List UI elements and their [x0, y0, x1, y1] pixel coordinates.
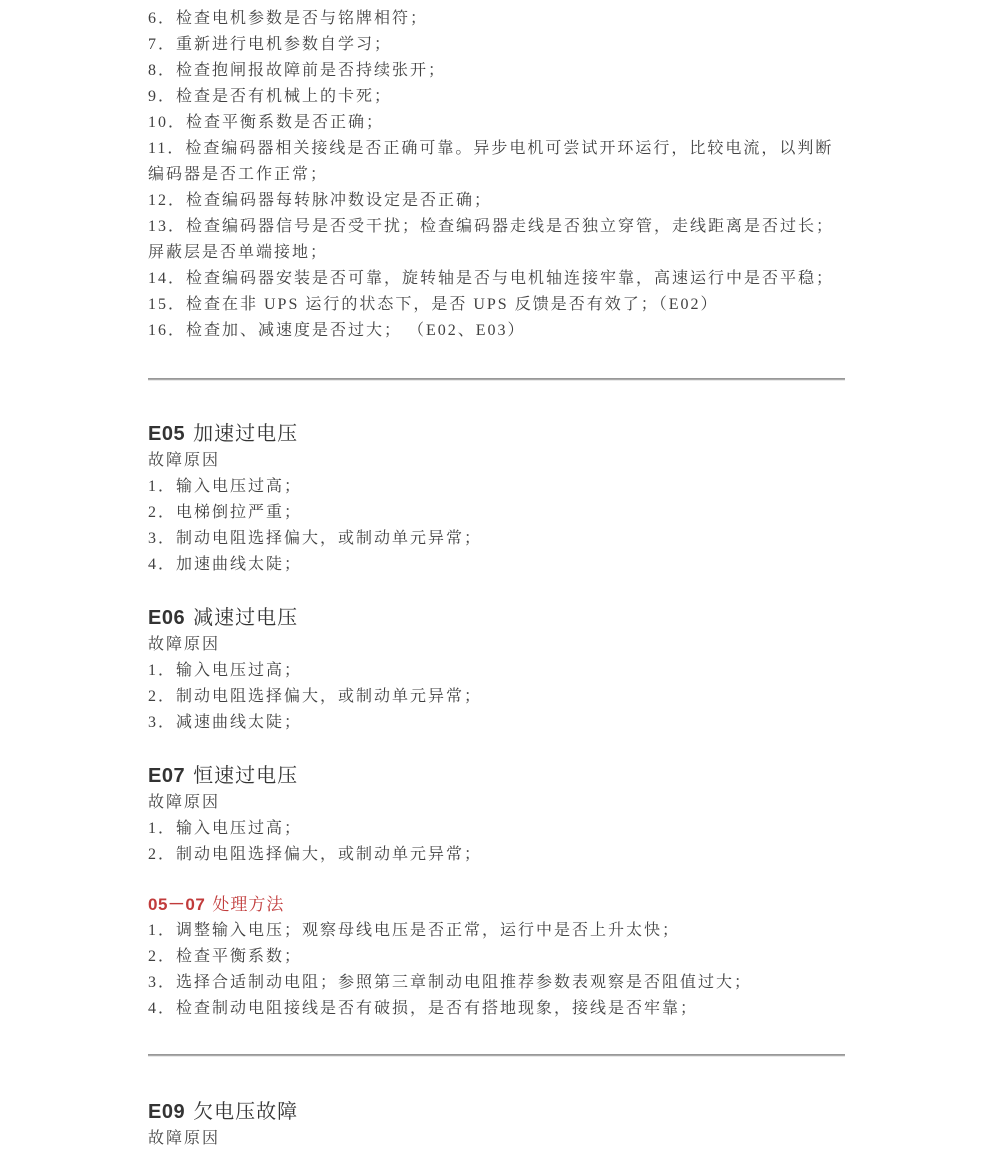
- fault-code: E07: [148, 765, 185, 787]
- list-item: 2．制动电阻选择偏大，或制动单元异常；: [148, 684, 848, 710]
- section-divider: [148, 1054, 845, 1056]
- list-item: 7．重新进行电机参数自学习；: [148, 32, 848, 58]
- list-item: 11．检查编码器相关接线是否正确可靠。异步电机可尝试开环运行，比较电流，以判断编…: [148, 136, 848, 188]
- fault-title: 减速过电压: [193, 607, 298, 629]
- list-item: 2．检查平衡系数；: [148, 944, 848, 970]
- list-item: 3．制动电阻选择偏大，或制动单元异常；: [148, 526, 848, 552]
- document-page: 6．检查电机参数是否与铭牌相符； 7．重新进行电机参数自学习； 8．检查抱闸报故…: [148, 0, 848, 1151]
- list-item: 9．检查是否有机械上的卡死；: [148, 84, 848, 110]
- section-heading-e06: E06减速过电压: [148, 604, 848, 632]
- fault-check-list: 6．检查电机参数是否与铭牌相符； 7．重新进行电机参数自学习； 8．检查抱闸报故…: [148, 6, 848, 344]
- list-item: 2．制动电阻选择偏大，或制动单元异常；: [148, 842, 848, 868]
- list-item: 1．输入电压过高；: [148, 658, 848, 684]
- section-heading-e07: E07恒速过电压: [148, 762, 848, 790]
- fault-code: E09: [148, 1101, 185, 1123]
- fault-title: 欠电压故障: [193, 1101, 298, 1123]
- section-e09: E09欠电压故障 故障原因: [148, 1098, 848, 1151]
- section-e05: E05加速过电压 故障原因 1．输入电压过高； 2．电梯倒拉严重； 3．制动电阻…: [148, 420, 848, 578]
- list-item: 12．检查编码器每转脉冲数设定是否正确；: [148, 188, 848, 214]
- section-e07: E07恒速过电压 故障原因 1．输入电压过高； 2．制动电阻选择偏大，或制动单元…: [148, 762, 848, 868]
- cause-label: 故障原因: [148, 790, 848, 816]
- list-item: 16．检查加、减速度是否过大； （E02、E03）: [148, 318, 848, 344]
- list-item: 3．减速曲线太陡；: [148, 710, 848, 736]
- list-item: 4．加速曲线太陡；: [148, 552, 848, 578]
- cause-label: 故障原因: [148, 1126, 848, 1151]
- section-heading-e09: E09欠电压故障: [148, 1098, 848, 1126]
- section-heading-e05: E05加速过电压: [148, 420, 848, 448]
- list-item: 13．检查编码器信号是否受干扰；检查编码器走线是否独立穿管，走线距离是否过长；屏…: [148, 214, 848, 266]
- list-item: 8．检查抱闸报故障前是否持续张开；: [148, 58, 848, 84]
- section-e06: E06减速过电压 故障原因 1．输入电压过高； 2．制动电阻选择偏大，或制动单元…: [148, 604, 848, 736]
- list-item: 4．检查制动电阻接线是否有破损，是否有搭地现象，接线是否牢靠；: [148, 996, 848, 1022]
- fault-code: E05: [148, 423, 185, 445]
- cause-label: 故障原因: [148, 448, 848, 474]
- list-item: 2．电梯倒拉严重；: [148, 500, 848, 526]
- list-item: 1．输入电压过高；: [148, 474, 848, 500]
- list-item: 1．调整输入电压；观察母线电压是否正常，运行中是否上升太快；: [148, 918, 848, 944]
- remedy-title: 处理方法: [212, 895, 284, 914]
- list-item: 1．输入电压过高；: [148, 816, 848, 842]
- cause-label: 故障原因: [148, 632, 848, 658]
- list-item: 6．检查电机参数是否与铭牌相符；: [148, 6, 848, 32]
- fault-title: 恒速过电压: [193, 765, 298, 787]
- list-item: 15．检查在非 UPS 运行的状态下，是否 UPS 反馈是否有效了；（E02）: [148, 292, 848, 318]
- remedy-heading: 05－07处理方法: [148, 892, 848, 918]
- list-item: 3．选择合适制动电阻；参照第三章制动电阻推荐参数表观察是否阻值过大；: [148, 970, 848, 996]
- section-divider: [148, 378, 845, 380]
- list-item: 14．检查编码器安装是否可靠，旋转轴是否与电机轴连接牢靠，高速运行中是否平稳；: [148, 266, 848, 292]
- fault-title: 加速过电压: [193, 423, 298, 445]
- remedy-section: 05－07处理方法 1．调整输入电压；观察母线电压是否正常，运行中是否上升太快；…: [148, 892, 848, 1022]
- fault-code: E06: [148, 607, 185, 629]
- list-item: 10．检查平衡系数是否正确；: [148, 110, 848, 136]
- remedy-code: 05－07: [148, 895, 205, 914]
